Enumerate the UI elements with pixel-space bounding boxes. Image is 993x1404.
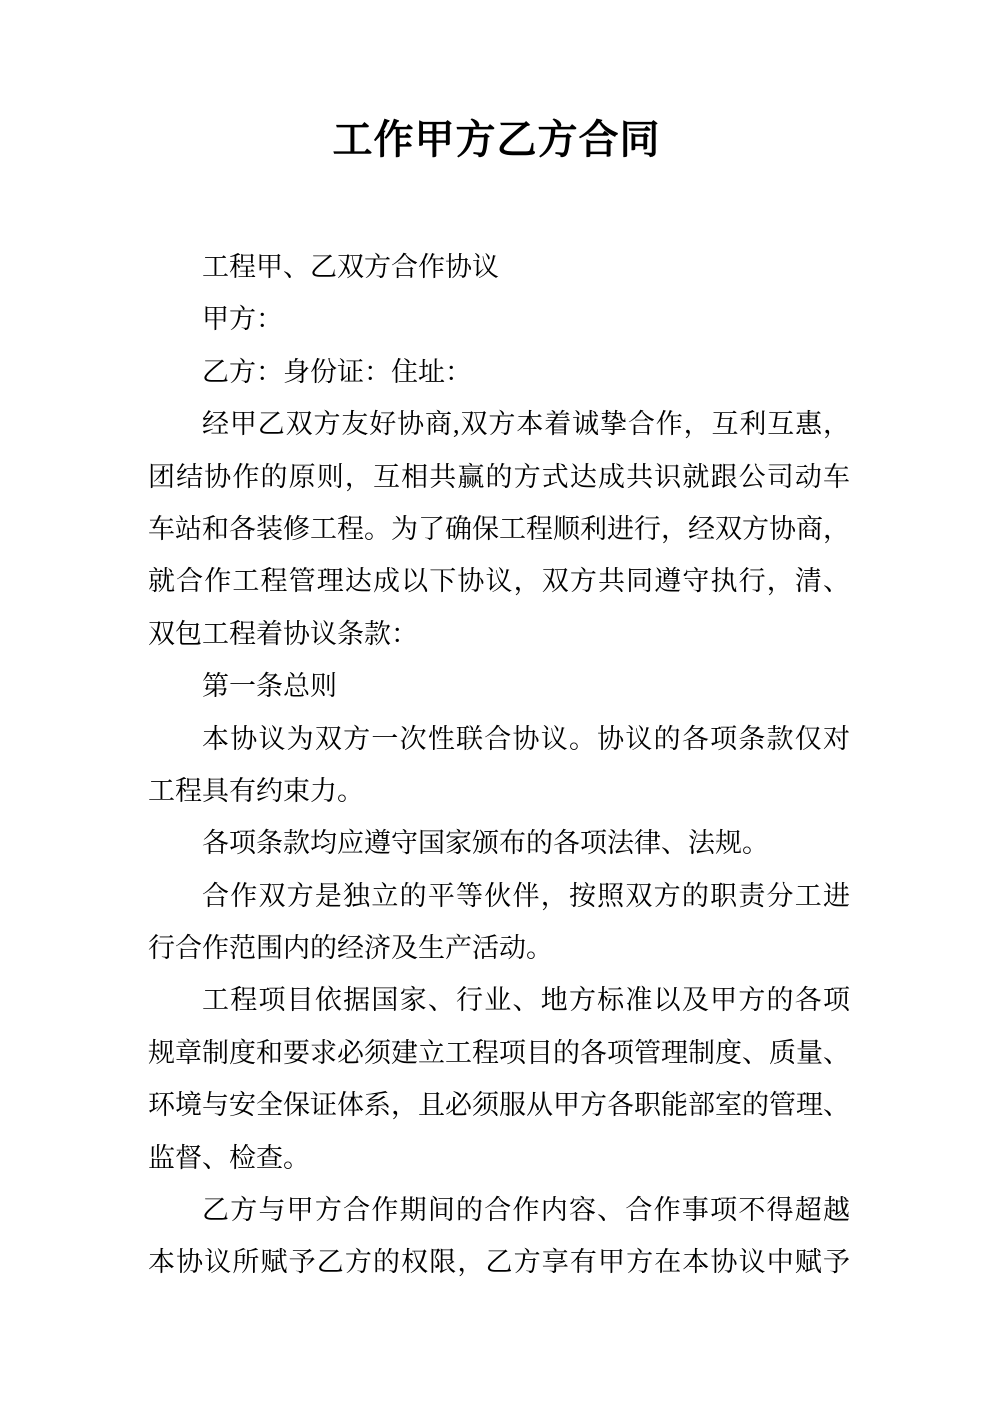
paragraph: 乙方与甲方合作期间的合作内容、合作事项不得超越本协议所赋予乙方的权限，乙方享有甲… [148,1184,850,1289]
paragraph: 乙方：身份证：住址： [148,346,850,398]
text-line: 合作双方是独立的平等伙伴，按照双方的职责分工进 [148,870,850,922]
document-page: 工作甲方乙方合同 工程甲、乙双方合作协议甲方：乙方：身份证：住址：经甲乙双方友好… [0,0,993,1404]
paragraph: 经甲乙双方友好协商,双方本着诚挚合作，互利互惠，团结协作的原则，互相共赢的方式达… [148,398,850,660]
text-line: 双包工程着协议条款： [148,608,850,660]
paragraph: 工程甲、乙双方合作协议 [148,241,850,293]
text-line: 工程甲、乙双方合作协议 [148,241,850,293]
text-line: 各项条款均应遵守国家颁布的各项法律、法规。 [148,817,850,869]
paragraph: 工程项目依据国家、行业、地方标准以及甲方的各项规章制度和要求必须建立工程项目的各… [148,974,850,1184]
document-body: 工程甲、乙双方合作协议甲方：乙方：身份证：住址：经甲乙双方友好协商,双方本着诚挚… [148,241,850,1289]
paragraph: 本协议为双方一次性联合协议。协议的各项条款仅对工程具有约束力。 [148,713,850,818]
text-line: 第一条总则 [148,660,850,712]
text-line: 环境与安全保证体系，且必须服从甲方各职能部室的管理、 [148,1079,850,1131]
paragraph: 各项条款均应遵守国家颁布的各项法律、法规。 [148,817,850,869]
text-line: 监督、检查。 [148,1132,850,1184]
text-line: 团结协作的原则，互相共赢的方式达成共识就跟公司动车 [148,451,850,503]
text-line: 经甲乙双方友好协商,双方本着诚挚合作，互利互惠， [148,398,850,450]
text-line: 本协议为双方一次性联合协议。协议的各项条款仅对 [148,713,850,765]
paragraph: 合作双方是独立的平等伙伴，按照双方的职责分工进行合作范围内的经济及生产活动。 [148,870,850,975]
text-line: 乙方：身份证：住址： [148,346,850,398]
text-line: 乙方与甲方合作期间的合作内容、合作事项不得超越 [148,1184,850,1236]
text-line: 甲方： [148,293,850,345]
text-line: 车站和各装修工程。为了确保工程顺利进行，经双方协商， [148,503,850,555]
text-line: 规章制度和要求必须建立工程项目的各项管理制度、质量、 [148,1027,850,1079]
text-line: 就合作工程管理达成以下协议，双方共同遵守执行，清、 [148,555,850,607]
text-line: 行合作范围内的经济及生产活动。 [148,922,850,974]
text-line: 工程项目依据国家、行业、地方标准以及甲方的各项 [148,974,850,1026]
text-line: 工程具有约束力。 [148,765,850,817]
paragraph: 甲方： [148,293,850,345]
text-line: 本协议所赋予乙方的权限，乙方享有甲方在本协议中赋予 [148,1236,850,1288]
document-title: 工作甲方乙方合同 [0,112,993,168]
paragraph: 第一条总则 [148,660,850,712]
